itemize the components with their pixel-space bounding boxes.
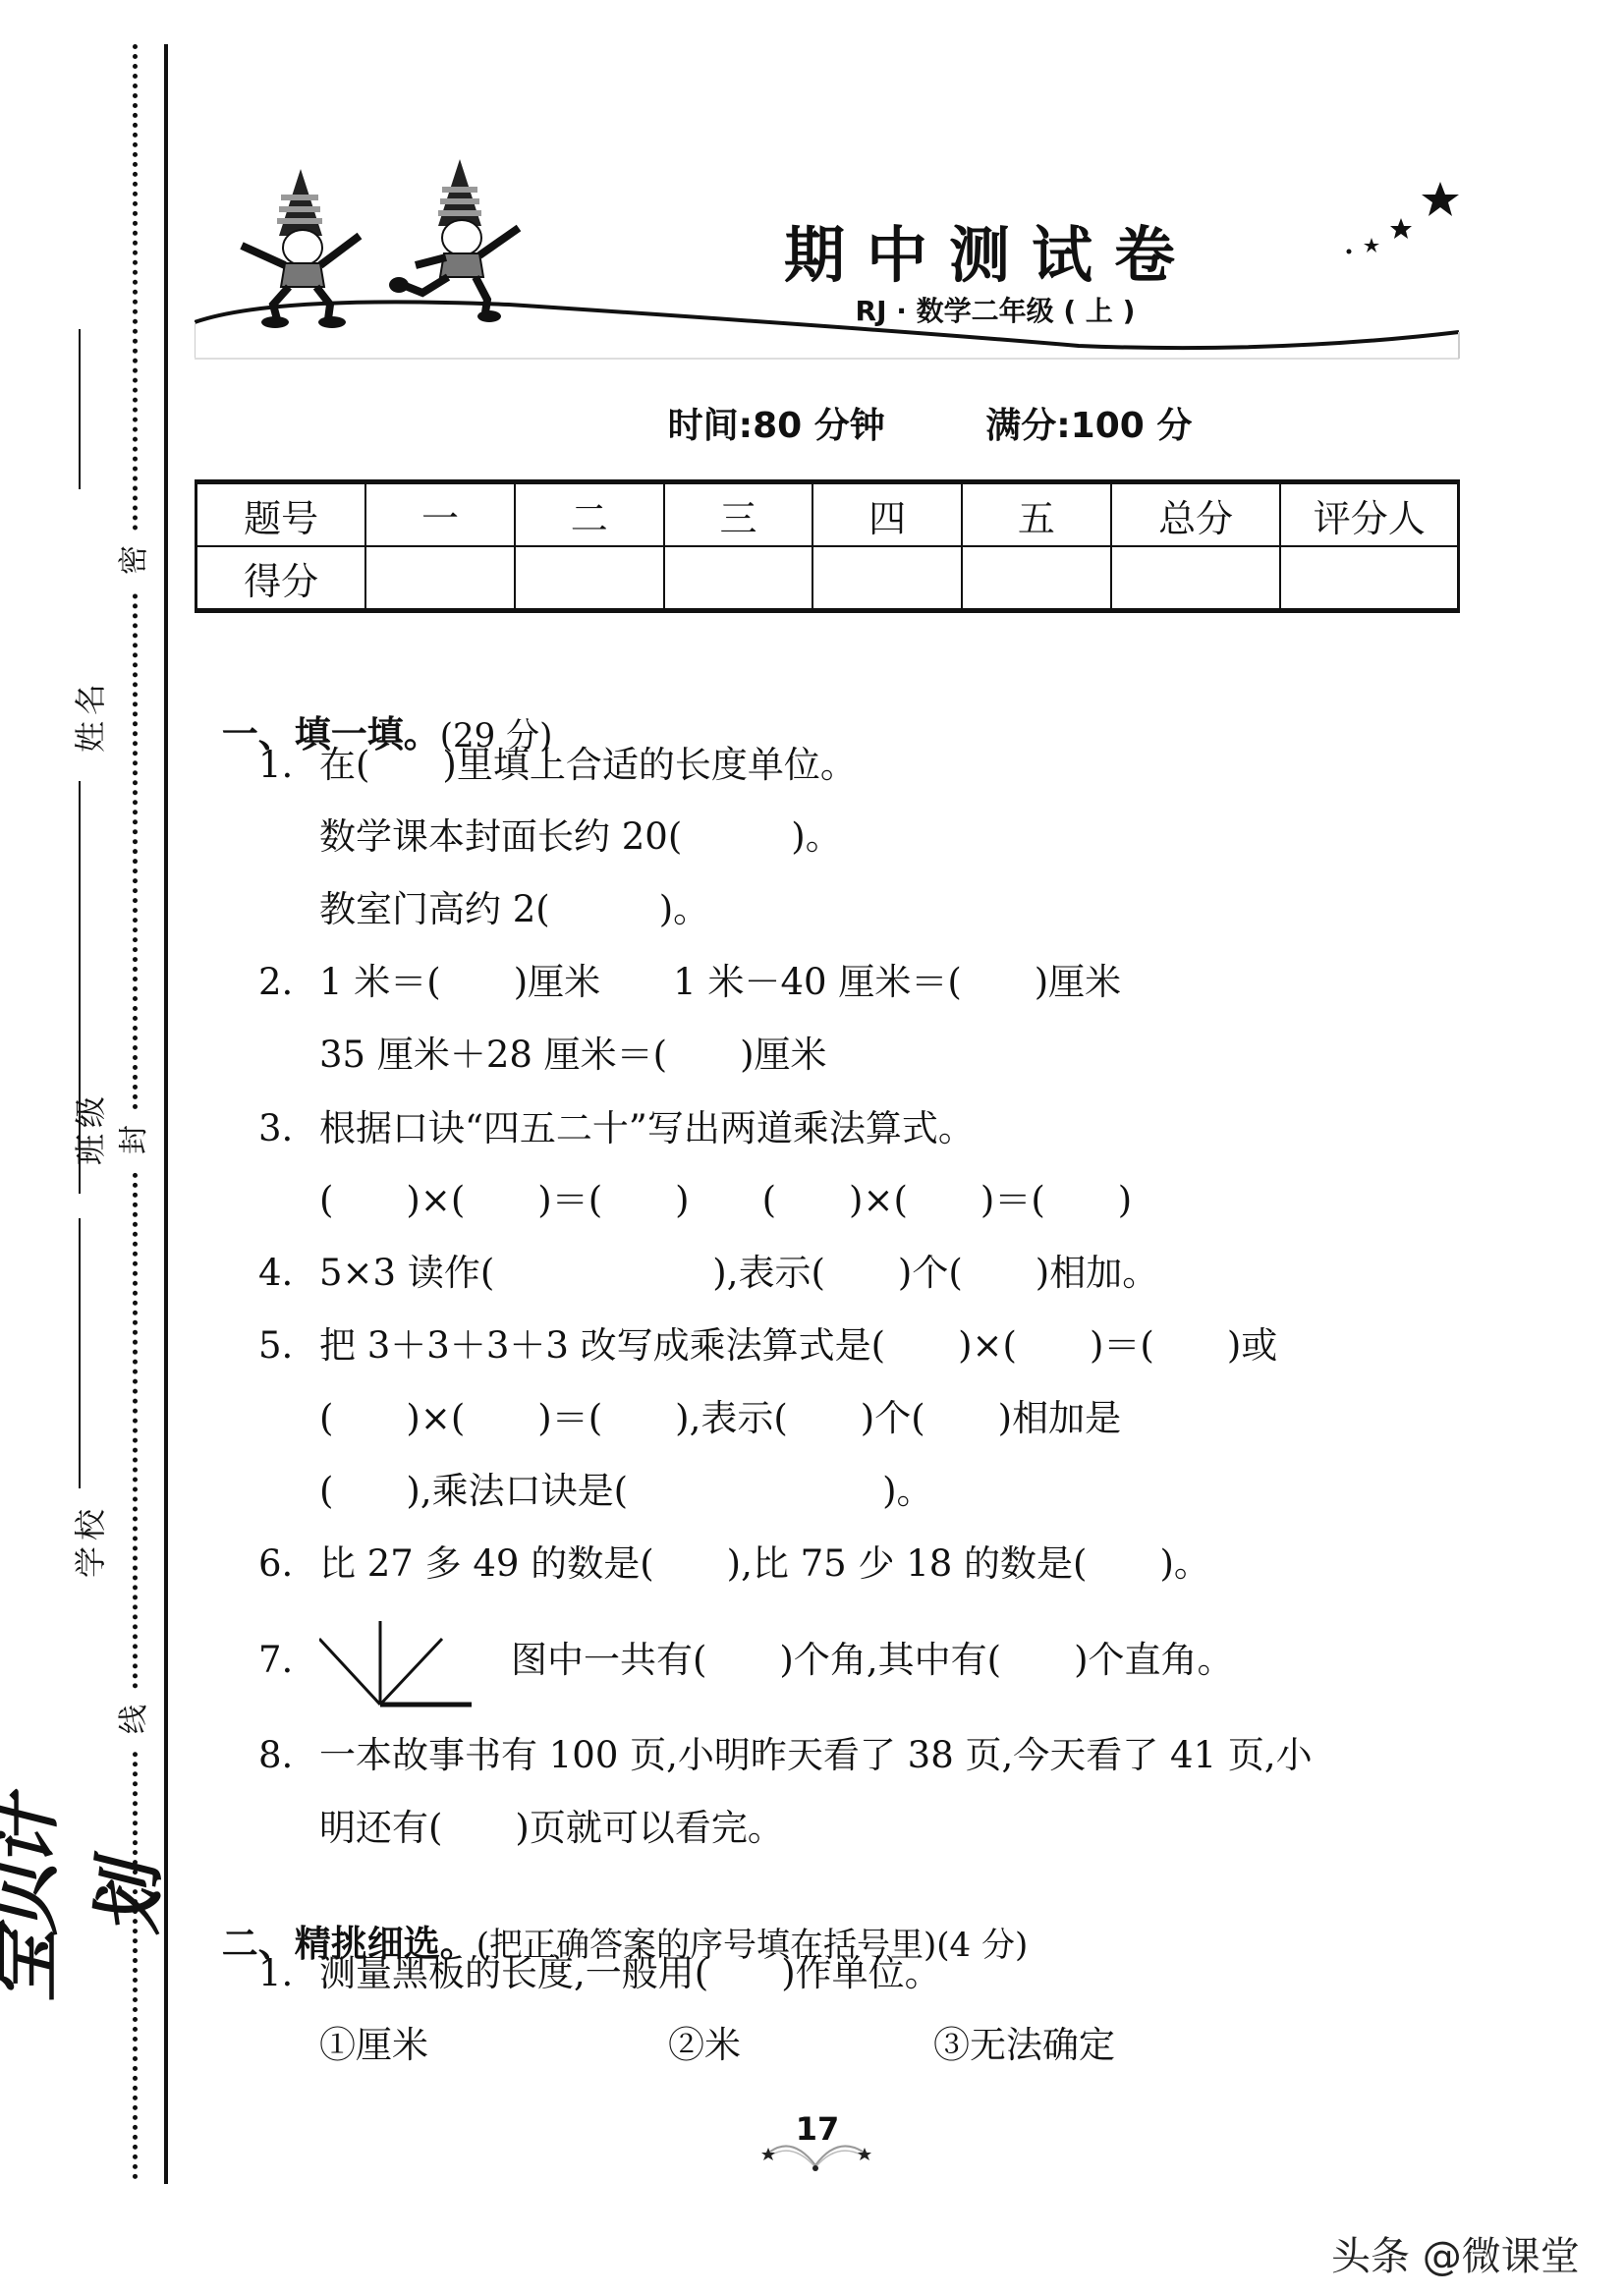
q5-line-2: ( )×( )＝( ),表示( )个( )相加是 [319, 1397, 1121, 1440]
q6-number: 6. [258, 1542, 293, 1586]
exam-full-score: 满分:100 分 [985, 406, 1192, 446]
column-header: 五 [962, 482, 1111, 547]
q4-line-1: 5×3 读作( ),表示( )个( )相加。 [319, 1252, 1158, 1295]
column-header: 二 [515, 482, 664, 547]
q1-line-1: 在( )里填上合适的长度单位。 [319, 744, 857, 787]
table-row-question-numbers: 题号 一 二 三 四 五 总分 评分人 [196, 482, 1459, 547]
seal-mark-mi: 密 [109, 545, 152, 575]
row-header-score: 得分 [196, 546, 366, 611]
q7-line-1: 图中一共有( )个角,其中有( )个直角。 [511, 1639, 1234, 1682]
q7-number: 7. [258, 1639, 293, 1682]
score-cell[interactable] [515, 546, 664, 611]
column-header: 三 [664, 482, 813, 547]
score-table: 题号 一 二 三 四 五 总分 评分人 得分 [195, 479, 1460, 613]
watermark: 头条 @微课堂 [1331, 2225, 1580, 2281]
name-field-label: 姓名 [66, 678, 111, 753]
q1-line-3: 教室门高约 2( )。 [319, 888, 709, 931]
q3-line-2: ( )×( )＝( ) ( )×( )＝( ) [319, 1179, 1132, 1222]
q2-number: 2. [258, 961, 293, 1004]
class-field-label: 班级 [66, 1091, 111, 1165]
q1-number: 1. [258, 744, 293, 787]
q8-number: 8. [258, 1734, 293, 1777]
seal-mark-feng: 封 [109, 1125, 152, 1154]
score-cell[interactable] [812, 546, 962, 611]
option-b: ②米 [668, 2024, 741, 2067]
publisher-logo: 宝贝计划 [8, 1690, 136, 1985]
section2-points: (4 分) [936, 1926, 1028, 1965]
s2-q1-number: 1. [258, 1952, 293, 1995]
q4-number: 4. [258, 1252, 293, 1295]
q5-line-1: 把 3＋3＋3＋3 改写成乘法算式是( )×( )＝( )或 [319, 1324, 1277, 1368]
header-banner: 期中测试卷 RJ · 数学二年级 ( 上 ) [195, 157, 1462, 364]
score-cell[interactable] [664, 546, 813, 611]
exam-info: 时间:80 分钟 满分:100 分 [0, 398, 1624, 448]
row-header-question-number: 题号 [196, 482, 366, 547]
q8-line-2: 明还有( )页就可以看完。 [319, 1807, 784, 1850]
column-header: 一 [365, 482, 515, 547]
table-row-scores: 得分 [196, 546, 1459, 611]
score-cell[interactable] [365, 546, 515, 611]
column-header: 评分人 [1280, 482, 1458, 547]
score-cell[interactable] [1280, 546, 1458, 611]
angle-diagram [319, 1611, 476, 1719]
logo-text: 宝贝计划 [0, 1769, 176, 2035]
q6-line-1: 比 27 多 49 的数是( ),比 75 少 18 的数是( )。 [319, 1542, 1210, 1586]
column-header: 总分 [1111, 482, 1281, 547]
q5-number: 5. [258, 1324, 293, 1368]
score-cell[interactable] [1111, 546, 1281, 611]
option-a: ①厘米 [319, 2024, 428, 2067]
q8-line-1: 一本故事书有 100 页,小明昨天看了 38 页,今天看了 41 页,小 [319, 1734, 1313, 1777]
q2-line-2: 35 厘米＋28 厘米＝( )厘米 [319, 1034, 827, 1077]
school-field-line[interactable] [79, 1218, 81, 1488]
q3-line-1: 根据口诀“四五二十”写出两道乘法算式。 [319, 1107, 975, 1150]
exam-subtitle: RJ · 数学二年级 ( 上 ) [195, 290, 1462, 329]
option-c: ③无法确定 [933, 2024, 1115, 2067]
q2-line-1: 1 米＝( )厘米 1 米－40 厘米＝( )厘米 [319, 961, 1121, 1004]
exam-duration: 时间:80 分钟 [668, 406, 885, 446]
score-cell[interactable] [962, 546, 1111, 611]
q5-line-3: ( ),乘法口诀是( )。 [319, 1470, 933, 1513]
column-header: 四 [812, 482, 962, 547]
q1-line-2: 数学课本封面长约 20( )。 [319, 815, 842, 859]
exam-title: 期中测试卷 [195, 206, 1462, 294]
school-field-label: 学校 [66, 1503, 111, 1578]
s2-q1-text: 测量黑板的长度,一般用( )作单位。 [319, 1952, 941, 1995]
q3-number: 3. [258, 1107, 293, 1150]
page-ornament-icon [758, 2140, 876, 2179]
